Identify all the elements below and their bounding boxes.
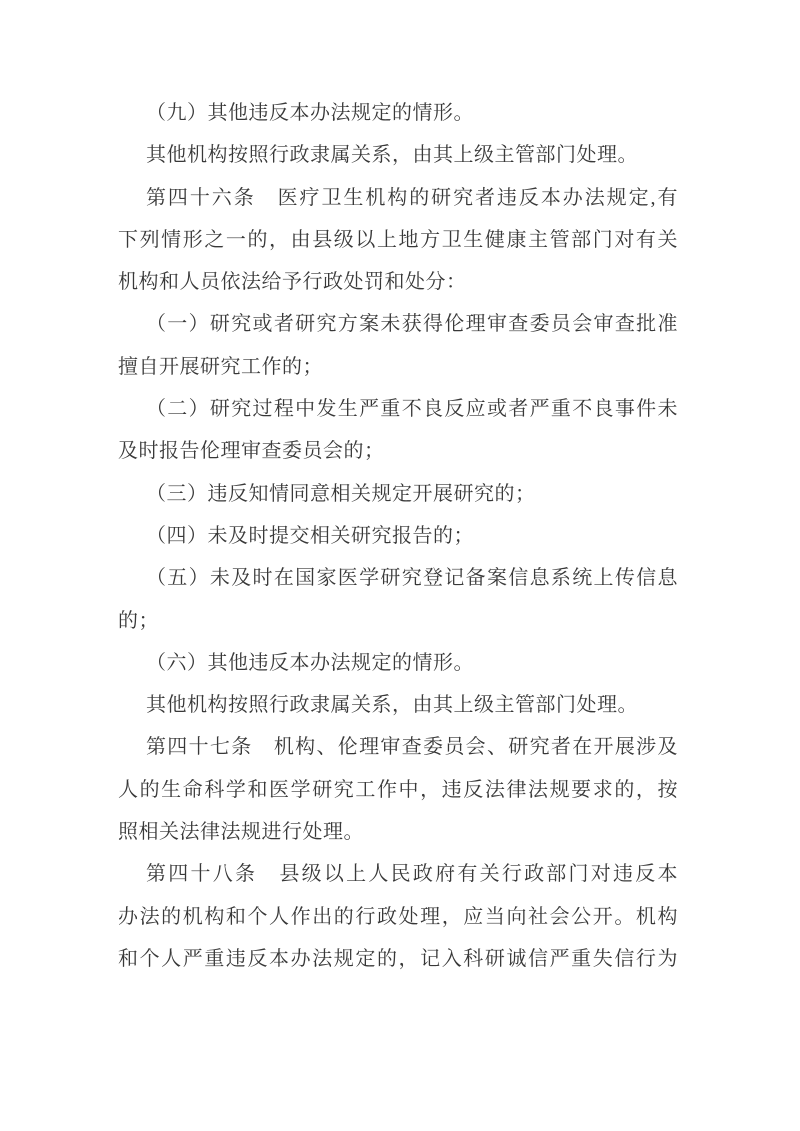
text-line: （一）研究或者研究方案未获得伦理审查委员会审查批准 xyxy=(118,303,678,345)
text-line: （四）未及时提交相关研究报告的； xyxy=(118,515,678,557)
text-line: 照相关法律法规进行处理。 xyxy=(118,811,678,853)
text-line: （二）研究过程中发生严重不良反应或者严重不良事件未 xyxy=(118,388,678,430)
text-line: （五）未及时在国家医学研究登记备案信息系统上传信息 xyxy=(118,557,678,599)
text-line: 第四十七条 机构、伦理审查委员会、研究者在开展涉及 xyxy=(118,726,678,768)
text-line: 人的生命科学和医学研究工作中，违反法律法规要求的，按 xyxy=(118,769,678,811)
text-line: 其他机构按照行政隶属关系，由其上级主管部门处理。 xyxy=(118,134,678,176)
text-line: （九）其他违反本办法规定的情形。 xyxy=(118,92,678,134)
text-line: 其他机构按照行政隶属关系，由其上级主管部门处理。 xyxy=(118,684,678,726)
text-line: 及时报告伦理审查委员会的； xyxy=(118,430,678,472)
text-line: 办法的机构和个人作出的行政处理，应当向社会公开。机构 xyxy=(118,896,678,938)
text-line: 第四十六条 医疗卫生机构的研究者违反本办法规定,有 xyxy=(118,177,678,219)
text-line: 和个人严重违反本办法规定的，记入科研诚信严重失信行为 xyxy=(118,938,678,980)
text-line: （三）违反知情同意相关规定开展研究的； xyxy=(118,473,678,515)
text-line: 的； xyxy=(118,600,678,642)
text-line: 擅自开展研究工作的； xyxy=(118,346,678,388)
document-page: （九）其他违反本办法规定的情形。其他机构按照行政隶属关系，由其上级主管部门处理。… xyxy=(0,0,800,1131)
document-body: （九）其他违反本办法规定的情形。其他机构按照行政隶属关系，由其上级主管部门处理。… xyxy=(118,92,678,980)
text-line: 第四十八条 县级以上人民政府有关行政部门对违反本 xyxy=(118,853,678,895)
text-line: （六）其他违反本办法规定的情形。 xyxy=(118,642,678,684)
text-line: 下列情形之一的，由县级以上地方卫生健康主管部门对有关 xyxy=(118,219,678,261)
text-line: 机构和人员依法给予行政处罚和处分： xyxy=(118,261,678,303)
